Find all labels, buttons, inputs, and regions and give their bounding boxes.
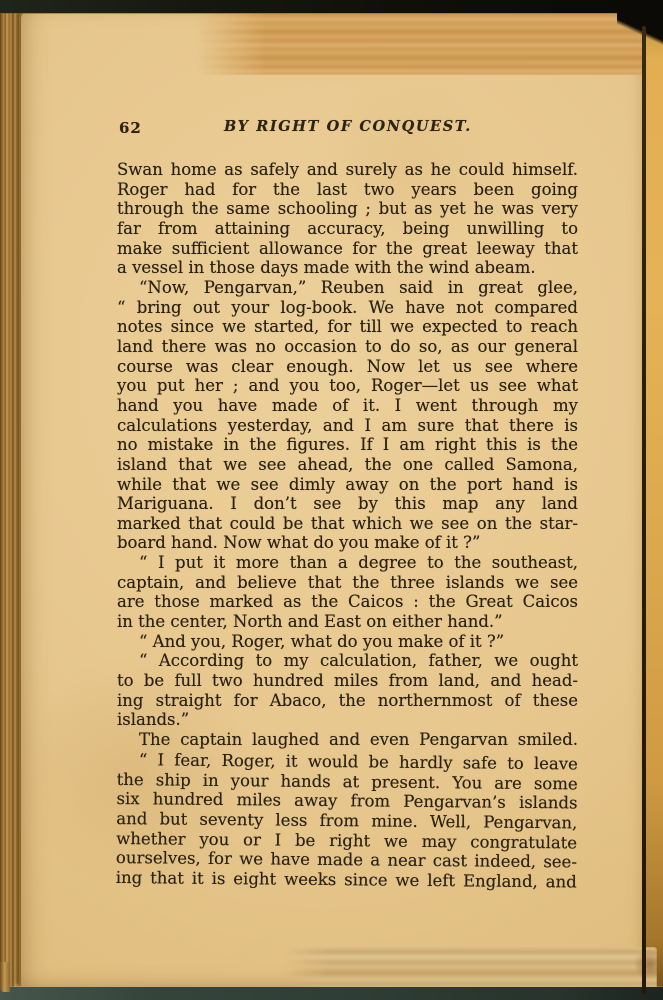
text-line: make sufficient allowance for the great … (117, 239, 578, 259)
text-line: island that we see ahead, the one called… (117, 455, 578, 475)
text-line: a vessel in those days made with the win… (117, 258, 578, 278)
paragraph: “ I put it more than a degree to the sou… (117, 553, 578, 632)
cover-corner-detail (0, 962, 10, 992)
text-line: to be full two hundred miles from land, … (117, 671, 578, 691)
text-line: far from attaining accuracy, being unwil… (117, 219, 578, 239)
text-line: you put her ; and you too, Roger—let us … (117, 376, 578, 396)
text-line: captain, and believe that the three isla… (117, 573, 578, 593)
paragraph: “ And you, Roger, what do you make of it… (117, 632, 578, 652)
text-line: “ I put it more than a degree to the sou… (117, 553, 578, 573)
text-line: notes since we started, for till we expe… (117, 317, 578, 337)
text-line: “ bring out your log-book. We have not c… (117, 298, 578, 318)
next-page-fore-edge (644, 0, 663, 1000)
text-line: course was clear enough. Now let us see … (117, 357, 578, 377)
text-line: ing straight for Abaco, the northernmost… (117, 691, 578, 711)
text-line: The captain laughed and even Pengarvan s… (117, 730, 578, 750)
text-line: Mariguana. I don’t see by this map any l… (117, 494, 578, 514)
text-line: board hand. Now what do you make of it ?… (117, 533, 578, 553)
text-line: ing that it is eight weeks since we left… (116, 868, 577, 892)
printed-content: 62 BY RIGHT OF CONQUEST. Swan home as sa… (21, 10, 646, 989)
text-line: in the center, North and East on either … (117, 612, 578, 632)
text-line: are those marked as the Caicos : the Gre… (117, 592, 578, 612)
text-line: Swan home as safely and surely as he cou… (117, 160, 578, 180)
paragraph: Swan home as safely and surely as he cou… (117, 160, 578, 278)
running-title: BY RIGHT OF CONQUEST. (117, 118, 579, 135)
text-line: “ And you, Roger, what do you make of it… (117, 632, 578, 652)
text-line: “ According to my calculation, father, w… (117, 651, 578, 671)
text-line: hand you have made of it. I went through… (117, 396, 578, 416)
text-line: land there was no occasion to do so, as … (117, 337, 578, 357)
text-line: islands.” (117, 710, 578, 730)
text-line: Roger had for the last two years been go… (117, 180, 578, 200)
paragraph: “Now, Pengarvan,” Reuben said in great g… (117, 278, 578, 553)
text-line: no mistake in the figures. If I am right… (117, 435, 578, 455)
paragraph: “ I fear, Roger, it would be hardly safe… (116, 750, 578, 892)
paragraph: The captain laughed and even Pengarvan s… (117, 730, 578, 750)
text-body: Swan home as safely and surely as he cou… (117, 160, 578, 887)
paragraph: “ According to my calculation, father, w… (117, 651, 578, 730)
page-header: 62 BY RIGHT OF CONQUEST. (117, 116, 579, 138)
text-line: through the same schooling ; but as yet … (117, 199, 578, 219)
text-line: while that we see dimly away on the port… (117, 475, 578, 495)
text-line: calculations yesterday, and I am sure th… (117, 416, 578, 436)
text-line: “Now, Pengarvan,” Reuben said in great g… (117, 278, 578, 298)
text-line: marked that could be that which we see o… (117, 514, 578, 534)
